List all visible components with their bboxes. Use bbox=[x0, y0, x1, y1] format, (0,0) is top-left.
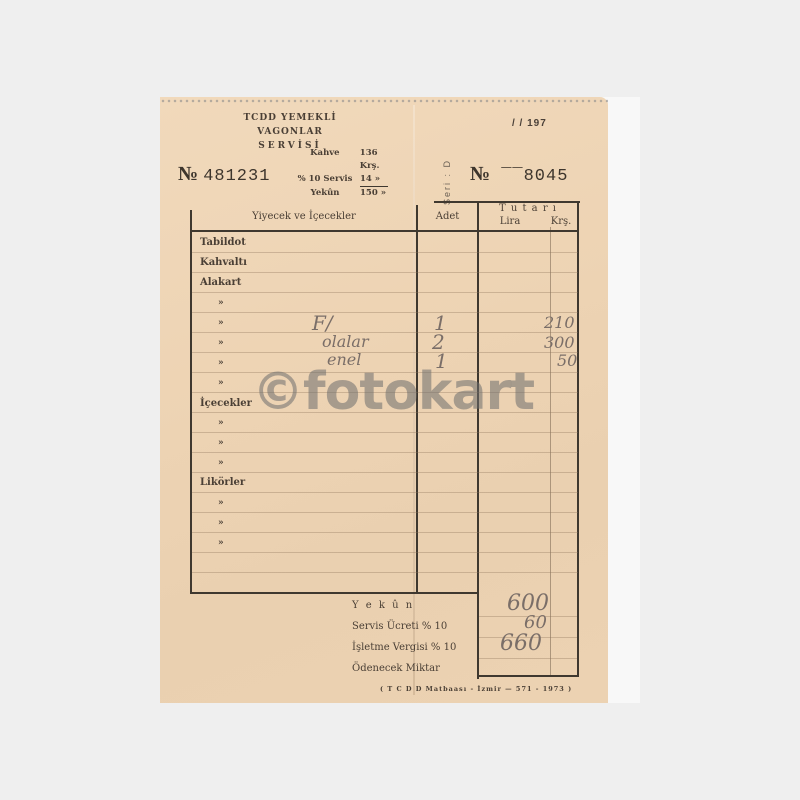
stub-summary-row: Kahve 136 Krş. bbox=[290, 147, 400, 173]
table-row: Likörler bbox=[192, 473, 578, 493]
stub-summary-row: % 10 Servis 14 » bbox=[290, 173, 400, 187]
totals-row: Servis Ücreti % 10 60 bbox=[352, 618, 578, 639]
table-row: Kahvaltı bbox=[192, 253, 578, 273]
number-symbol: № bbox=[470, 163, 490, 185]
totals-section: Y e k û n 600 Servis Ücreti % 10 60 İşle… bbox=[352, 597, 578, 681]
table-row: » bbox=[192, 293, 578, 313]
column-header-item: Yiyecek ve İçecekler bbox=[192, 211, 416, 222]
table-row: » F/ 1 210 bbox=[192, 313, 578, 333]
table-row: » olalar 2 300 bbox=[192, 333, 578, 353]
series-label: Seri : D bbox=[442, 159, 452, 205]
perforation-edge bbox=[160, 99, 608, 103]
watermark: ©fotokart bbox=[252, 362, 534, 422]
handwritten-item: olalar bbox=[322, 332, 369, 351]
handwritten-amount: 300 bbox=[544, 333, 575, 352]
receipt-number-value: ‾‾8045 bbox=[501, 167, 568, 186]
printer-imprint: ( T C D D Matbaası - İzmir — 571 - 1973 … bbox=[380, 685, 572, 693]
table-row: » bbox=[192, 513, 578, 533]
number-symbol: № bbox=[178, 163, 198, 185]
stub-summary-row: Yekûn 150 » bbox=[290, 187, 400, 200]
receipt-number: № ‾‾8045 bbox=[470, 163, 568, 186]
handwritten-grand-total: 660 bbox=[500, 631, 542, 656]
handwritten-amount: 50 bbox=[557, 351, 577, 370]
table-bottom-rule bbox=[190, 592, 479, 594]
handwritten-service: 60 bbox=[524, 612, 547, 633]
header-bottom-rule bbox=[190, 230, 579, 232]
stub-number: № 481231 bbox=[178, 163, 270, 186]
issuer-title-line1: TCDD YEMEKLİ VAGONLAR bbox=[210, 111, 370, 139]
table-row: » bbox=[192, 533, 578, 553]
table-row: » bbox=[192, 433, 578, 453]
column-header-lira: Lira bbox=[485, 216, 535, 227]
column-header-krs: Krş. bbox=[545, 216, 577, 227]
column-header-qty: Adet bbox=[418, 211, 477, 222]
stub-summary: Kahve 136 Krş. % 10 Servis 14 » Yekûn 15… bbox=[290, 147, 400, 200]
table-row bbox=[192, 573, 578, 591]
handwritten-amount: 210 bbox=[544, 313, 575, 332]
table-row: » bbox=[192, 453, 578, 473]
column-header-amount: T u t a r ı bbox=[479, 203, 577, 214]
table-row bbox=[192, 553, 578, 573]
totals-row: Ödenecek Miktar bbox=[352, 660, 578, 681]
table-row: Alakart bbox=[192, 273, 578, 293]
stub-number-value: 481231 bbox=[203, 167, 270, 186]
table-row: » bbox=[192, 493, 578, 513]
date-field: / / 197 bbox=[512, 118, 547, 129]
totals-row: İşletme Vergisi % 10 660 bbox=[352, 639, 578, 660]
table-row: Tabildot bbox=[192, 233, 578, 253]
